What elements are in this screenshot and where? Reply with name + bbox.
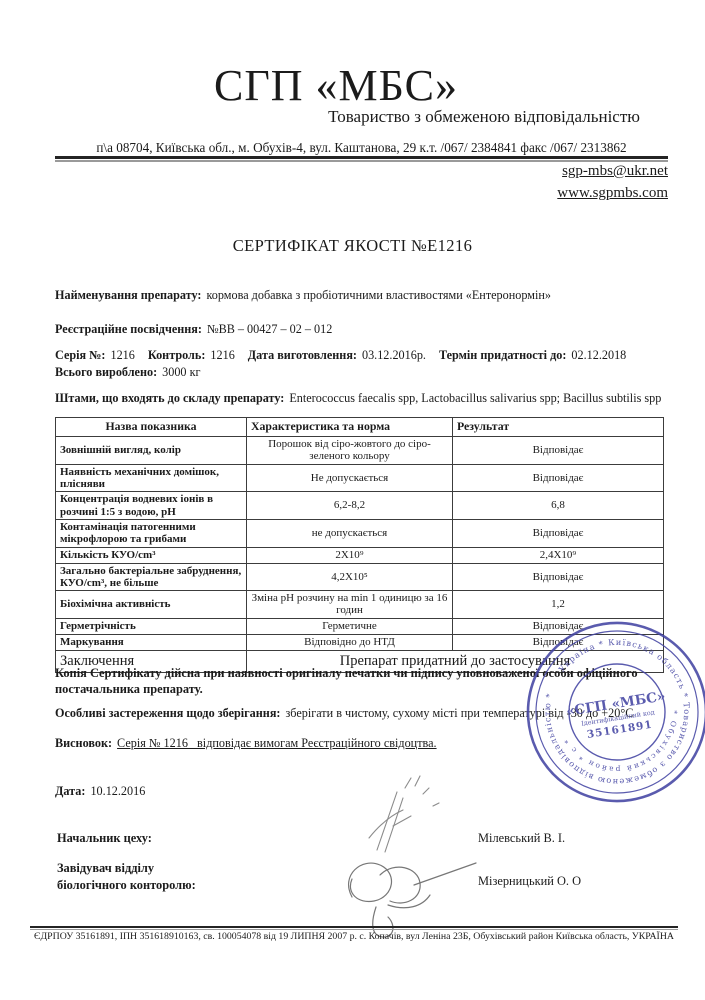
company-type: Товариство з обмеженою відповідальністю (328, 107, 640, 127)
table-row: Загально бактеріальне забруднення, КУО/c… (56, 563, 664, 591)
registration-label: Реєстраційне посвідчення: (55, 322, 202, 336)
signatory-role-line2: біологічного конторолю: (57, 877, 196, 894)
series-pair: Серія №:1216 (55, 348, 135, 363)
certificate-title: СЕРТИФІКАТ ЯКОСТІ №Е1216 (0, 236, 705, 256)
result-cell: 2,4X10⁹ (453, 547, 664, 563)
indicator-cell: Маркування (56, 634, 247, 650)
signatory-name-milevskyi: Мілевський В. І. (478, 831, 565, 846)
storage-label: Особливі застереження щодо зберігання: (55, 706, 280, 720)
control-label: Контроль: (148, 348, 206, 362)
table-row: Біохімічна активність Зміна рН розчину н… (56, 591, 664, 619)
header-divider (55, 156, 668, 162)
registration-value: №ВВ – 00427 – 02 – 012 (207, 322, 332, 336)
series-line: Серія №:1216 Контроль:1216 Дата виготовл… (55, 348, 639, 363)
registration-line: Реєстраційне посвідчення:№ВВ – 00427 – 0… (55, 322, 332, 337)
preparation-name-line: Найменування препарату:кормова добавка з… (55, 288, 551, 303)
table-row: Кількість КУО/cm³ 2X10⁹ 2,4X10⁹ (56, 547, 664, 563)
total-produced-line: Всього вироблено:3000 кг (55, 365, 200, 380)
signatory-role-bio-control: Завідувач відділу біологічного конторолю… (57, 860, 196, 893)
control-value: 1216 (210, 348, 234, 362)
table-row: Зовнішній вигляд, колір Порошок від сіро… (56, 437, 664, 465)
expiry-label: Термін придатності до: (439, 348, 566, 362)
series-value: 1216 (110, 348, 134, 362)
result-cell: 6,8 (453, 492, 664, 520)
expiry-value: 02.12.2018 (571, 348, 626, 362)
strains-value: Enterococcus faecalis spp, Lactobacillus… (289, 391, 661, 405)
expiry-pair: Термін придатності до:02.12.2018 (439, 348, 626, 363)
norm-cell: Зміна рН розчину на min 1 одиницю за 16 … (247, 591, 453, 619)
norm-cell: 6,2-8,2 (247, 492, 453, 520)
verdict-label: Висновок: (55, 736, 112, 750)
footer-divider (30, 926, 678, 930)
indicator-cell: Загально бактеріальне забруднення, КУО/c… (56, 563, 247, 591)
norm-cell: Порошок від сіро-жовтого до сіро-зеленог… (247, 437, 453, 465)
norm-cell: не допускається (247, 519, 453, 547)
result-cell: 1,2 (453, 591, 664, 619)
result-cell: Відповідає (453, 519, 664, 547)
indicator-cell: Концентрація водневих іонів в розчині 1:… (56, 492, 247, 520)
preparation-name-value: кормова добавка з пробіотичними властиво… (206, 288, 551, 302)
table-row: Наявність механічних домішок, плісняви Н… (56, 464, 664, 492)
made-date-label: Дата виготовлення: (248, 348, 357, 362)
strains-label: Штами, що входять до складу препарату: (55, 391, 284, 405)
total-produced-label: Всього вироблено: (55, 365, 157, 379)
column-header-norm: Характеристика та норма (247, 418, 453, 437)
series-label: Серія №: (55, 348, 105, 362)
made-date-pair: Дата виготовлення:03.12.2016р. (248, 348, 426, 363)
date-value: 10.12.2016 (90, 784, 145, 798)
company-website: www.sgpmbs.com (557, 185, 668, 202)
indicator-cell: Наявність механічних домішок, плісняви (56, 464, 247, 492)
preparation-name-label: Найменування препарату: (55, 288, 201, 302)
norm-cell: Відповідно до НТД (247, 634, 453, 650)
indicator-cell: Контамінація патогенними мікрофлорою та … (56, 519, 247, 547)
verdict-line: Висновок:Серія № 1216 відповідає вимогам… (55, 736, 437, 751)
column-header-result: Результат (453, 418, 664, 437)
company-address: п\а 08704, Київська обл., м. Обухів-4, в… (55, 140, 668, 156)
indicator-cell: Герметрічність (56, 618, 247, 634)
strains-line: Штами, що входять до складу препарату:En… (55, 391, 661, 406)
indicator-cell: Біохімічна активність (56, 591, 247, 619)
norm-cell: Не допускається (247, 464, 453, 492)
norm-cell: 2X10⁹ (247, 547, 453, 563)
norm-cell: 4,2X10⁵ (247, 563, 453, 591)
verdict-value: Серія № 1216 відповідає вимогам Реєстрац… (117, 736, 437, 750)
signatory-name-mizernytskyi: Мізерницький О. О (478, 874, 581, 889)
indicator-cell: Кількість КУО/cm³ (56, 547, 247, 563)
control-pair: Контроль:1216 (148, 348, 235, 363)
table-header-row: Назва показника Характеристика та норма … (56, 418, 664, 437)
certificate-document: СГП «МБС» Товариство з обмеженою відпові… (0, 0, 705, 1000)
result-cell: Відповідає (453, 464, 664, 492)
table-row: Концентрація водневих іонів в розчині 1:… (56, 492, 664, 520)
footer-registration-text: ЄДРПОУ 35161891, ІПН 351618910163, св. 1… (30, 931, 678, 942)
result-cell: Відповідає (453, 437, 664, 465)
made-date-value: 03.12.2016р. (362, 348, 426, 362)
signatory-role-line1: Завідувач відділу (57, 860, 196, 877)
table-row: Контамінація патогенними мікрофлорою та … (56, 519, 664, 547)
date-label: Дата: (55, 784, 85, 798)
company-name: СГП «МБС» (0, 60, 672, 111)
date-line: Дата:10.12.2016 (55, 784, 145, 799)
result-cell: Відповідає (453, 563, 664, 591)
company-email: sgp-mbs@ukr.net (562, 163, 668, 180)
signatory-role-shop-chief: Начальник цеху: (57, 831, 152, 846)
indicator-cell: Зовнішній вигляд, колір (56, 437, 247, 465)
company-round-stamp: Україна * Київська область * Товариство … (511, 606, 705, 819)
column-header-indicator: Назва показника (56, 418, 247, 437)
total-produced-value: 3000 кг (162, 365, 200, 379)
norm-cell: Герметичне (247, 618, 453, 634)
